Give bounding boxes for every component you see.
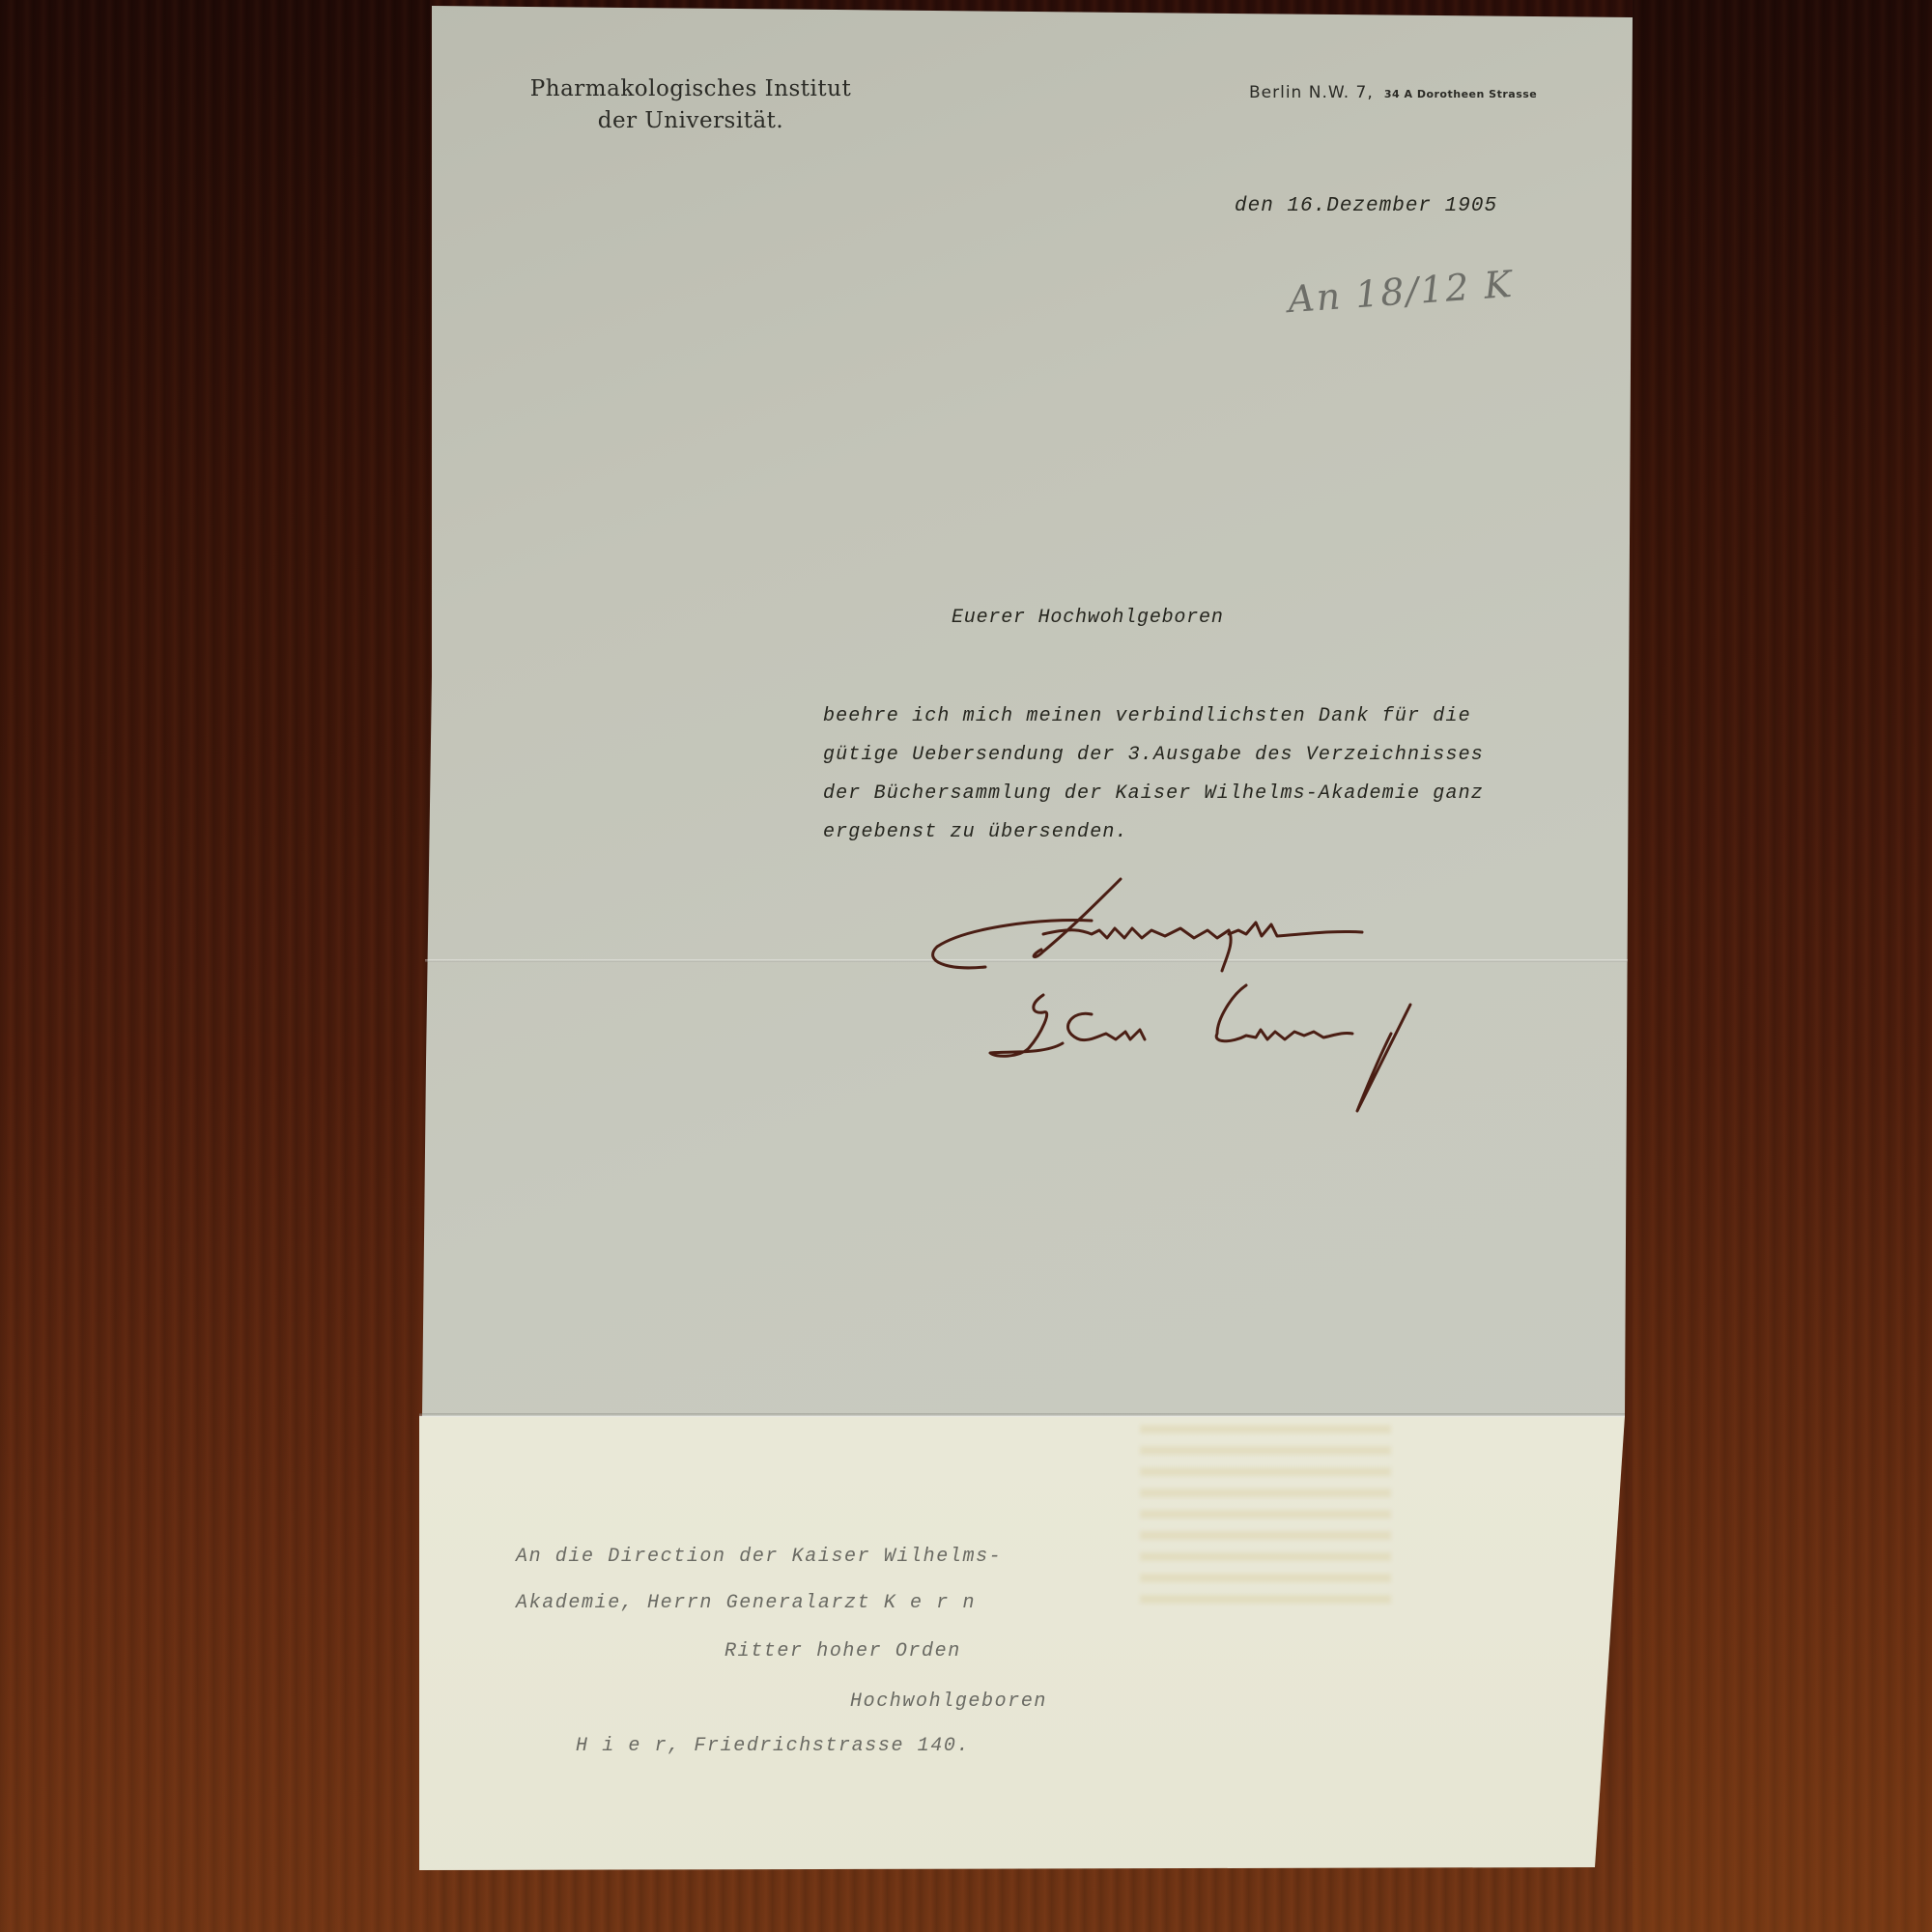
signature-closing xyxy=(927,874,1468,980)
letterhead-address: Berlin N.W. 7, 34 A Dorotheen Strasse xyxy=(1249,83,1537,102)
letterhead-institution-line2: der Universität. xyxy=(502,105,879,137)
recipient-line: Ritter hoher Orden xyxy=(724,1640,961,1662)
body-line: beehre ich mich meinen verbindlichsten D… xyxy=(823,697,1484,736)
salutation: Euerer Hochwohlgeboren xyxy=(952,607,1224,629)
letterhead-institution-line1: Pharmakologisches Institut xyxy=(502,73,879,105)
body-line: gütige Uebersendung der 3.Ausgabe des Ve… xyxy=(823,736,1484,775)
letterhead-institution: Pharmakologisches Institut der Universit… xyxy=(502,73,879,137)
paper-fold-line xyxy=(419,1413,1625,1417)
recipient-address: An die Direction der Kaiser Wilhelms- Ak… xyxy=(516,1546,1115,1777)
recipient-line: Akademie, Herrn Generalarzt K e r n xyxy=(516,1592,976,1614)
ink-bleed-through xyxy=(1140,1425,1391,1608)
signature-closing-stroke xyxy=(927,874,1468,980)
recipient-line: An die Direction der Kaiser Wilhelms- xyxy=(516,1546,1002,1568)
letterhead-street: 34 A Dorotheen Strasse xyxy=(1384,88,1537,100)
signature-name xyxy=(985,976,1497,1121)
letter-body: beehre ich mich meinen verbindlichsten D… xyxy=(823,697,1484,852)
letterhead-city: Berlin N.W. 7, xyxy=(1249,83,1374,102)
letter-sheet: Pharmakologisches Institut der Universit… xyxy=(0,0,1932,1932)
recipient-line: H i e r, Friedrichstrasse 140. xyxy=(576,1735,970,1757)
letter-date: den 16.Dezember 1905 xyxy=(1235,195,1497,217)
body-line: der Büchersammlung der Kaiser Wilhelms-A… xyxy=(823,775,1484,813)
signature-name-stroke xyxy=(985,976,1497,1121)
recipient-line: Hochwohlgeboren xyxy=(850,1690,1047,1713)
body-line: ergebenst zu übersenden. xyxy=(823,813,1484,852)
